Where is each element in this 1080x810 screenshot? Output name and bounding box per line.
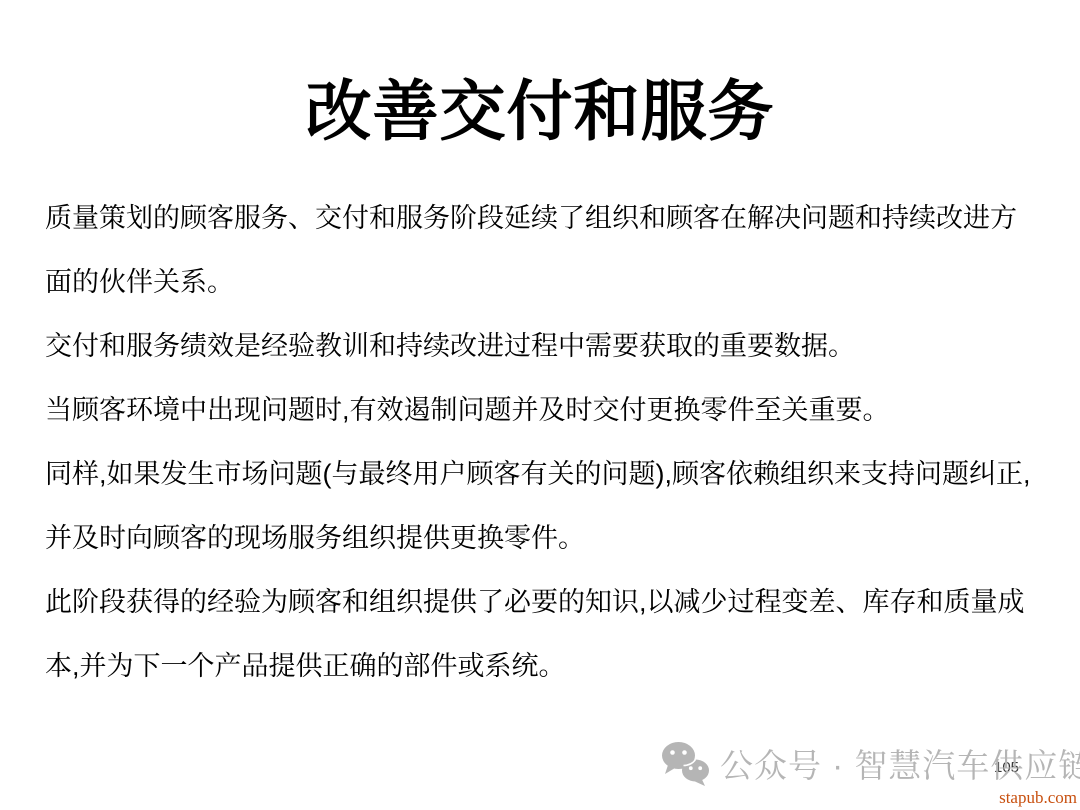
body-line: 同样,如果发生市场问题(与最终用户顾客有关的问题),顾客依赖组织来支持问题纠正, [45, 442, 1045, 506]
slide-title: 改善交付和服务 [0, 58, 1080, 153]
body-line: 并及时向顾客的现场服务组织提供更换零件。 [45, 506, 1045, 570]
body-line: 面的伙伴关系。 [45, 250, 1045, 314]
body-line: 此阶段获得的经验为顾客和组织提供了必要的知识,以减少过程变差、库存和质量成 [45, 570, 1045, 634]
site-watermark: stapub.com [999, 788, 1077, 808]
body-line: 交付和服务绩效是经验教训和持续改进过程中需要获取的重要数据。 [45, 314, 1045, 378]
footer-watermark: 公众号 · 智慧汽车供应链 [661, 740, 1080, 787]
wechat-icon [661, 741, 711, 787]
wechat-account-label: 公众号 · 智慧汽车供应链 [720, 740, 1080, 787]
body-line: 本,并为下一个产品提供正确的部件或系统。 [45, 634, 1045, 698]
slide: 改善交付和服务 质量策划的顾客服务、交付和服务阶段延续了组织和顾客在解决问题和持… [0, 0, 1080, 810]
body-line: 质量策划的顾客服务、交付和服务阶段延续了组织和顾客在解决问题和持续改进方 [45, 186, 1045, 250]
body-line: 当顾客环境中出现问题时,有效遏制问题并及时交付更换零件至关重要。 [45, 378, 1045, 442]
body-text: 质量策划的顾客服务、交付和服务阶段延续了组织和顾客在解决问题和持续改进方 面的伙… [45, 186, 1045, 698]
